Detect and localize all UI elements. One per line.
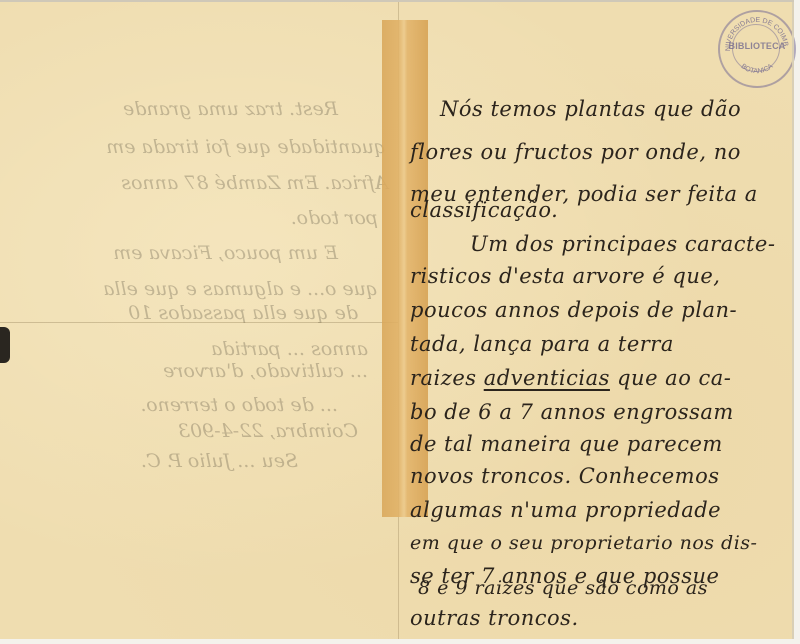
letter-line: algumas n'uma propriedade <box>410 498 721 522</box>
letter-line: em que o seu proprietario nos dis- <box>410 532 757 554</box>
letter-line: raizes adventicias que ao ca- <box>410 366 731 390</box>
letter-line: 8 e 9 raizes que são como as <box>418 577 708 599</box>
letter-line: classificação. <box>410 198 558 222</box>
letter-right-page: Nós temos plantas que dão flores ou fruc… <box>410 2 794 639</box>
ink-blot <box>0 327 10 363</box>
letter-line: outras troncos. <box>410 606 579 630</box>
bleed-line: Seu ... Julio P. C. <box>141 450 298 472</box>
bleed-line: annos ... partida <box>211 338 368 360</box>
letter-line: poucos annos depois de plan- <box>410 298 737 322</box>
bleed-line: de que ella passados 10 <box>128 302 358 324</box>
bleed-line: Africa. Em Zambé 87 annos <box>121 172 388 194</box>
bleed-line: ... cultivado, d'arvore <box>163 360 368 382</box>
letter-line: bo de 6 a 7 annos engrossam <box>410 400 734 424</box>
letter-line: Um dos principaes caracte- <box>470 232 775 256</box>
letter-line: Nós temos plantas que dão <box>440 97 741 121</box>
underlined-word: adventicias <box>484 366 610 390</box>
bleed-line: E um pouco, Ficava em <box>113 242 338 264</box>
letter-line: novos troncos. Conhecemos <box>410 464 720 488</box>
letter-line: tada, lança para a terra <box>410 332 674 356</box>
bleed-line: quantidade que foi tirada em <box>106 136 386 158</box>
bleed-line: Coimbra, 22-4-903 <box>178 420 358 442</box>
letter-line: de tal maneira que parecem <box>410 432 723 456</box>
fold-crease <box>0 322 398 323</box>
letter-line: risticos d'esta arvore é que, <box>410 264 720 288</box>
bleedthrough-left-page: Rest. traz uma grande quantidade que foi… <box>0 2 398 639</box>
bleed-line: que o... e algumas e que ella <box>103 278 378 300</box>
letter-line: flores ou fructos por onde, no <box>410 140 741 164</box>
letter-sheet: Rest. traz uma grande quantidade que foi… <box>0 0 794 639</box>
bleed-line: Rest. traz uma grande <box>123 98 338 120</box>
bleed-line: ... de todo o terreno. <box>141 394 338 416</box>
bleed-line: por todo. <box>291 207 378 229</box>
